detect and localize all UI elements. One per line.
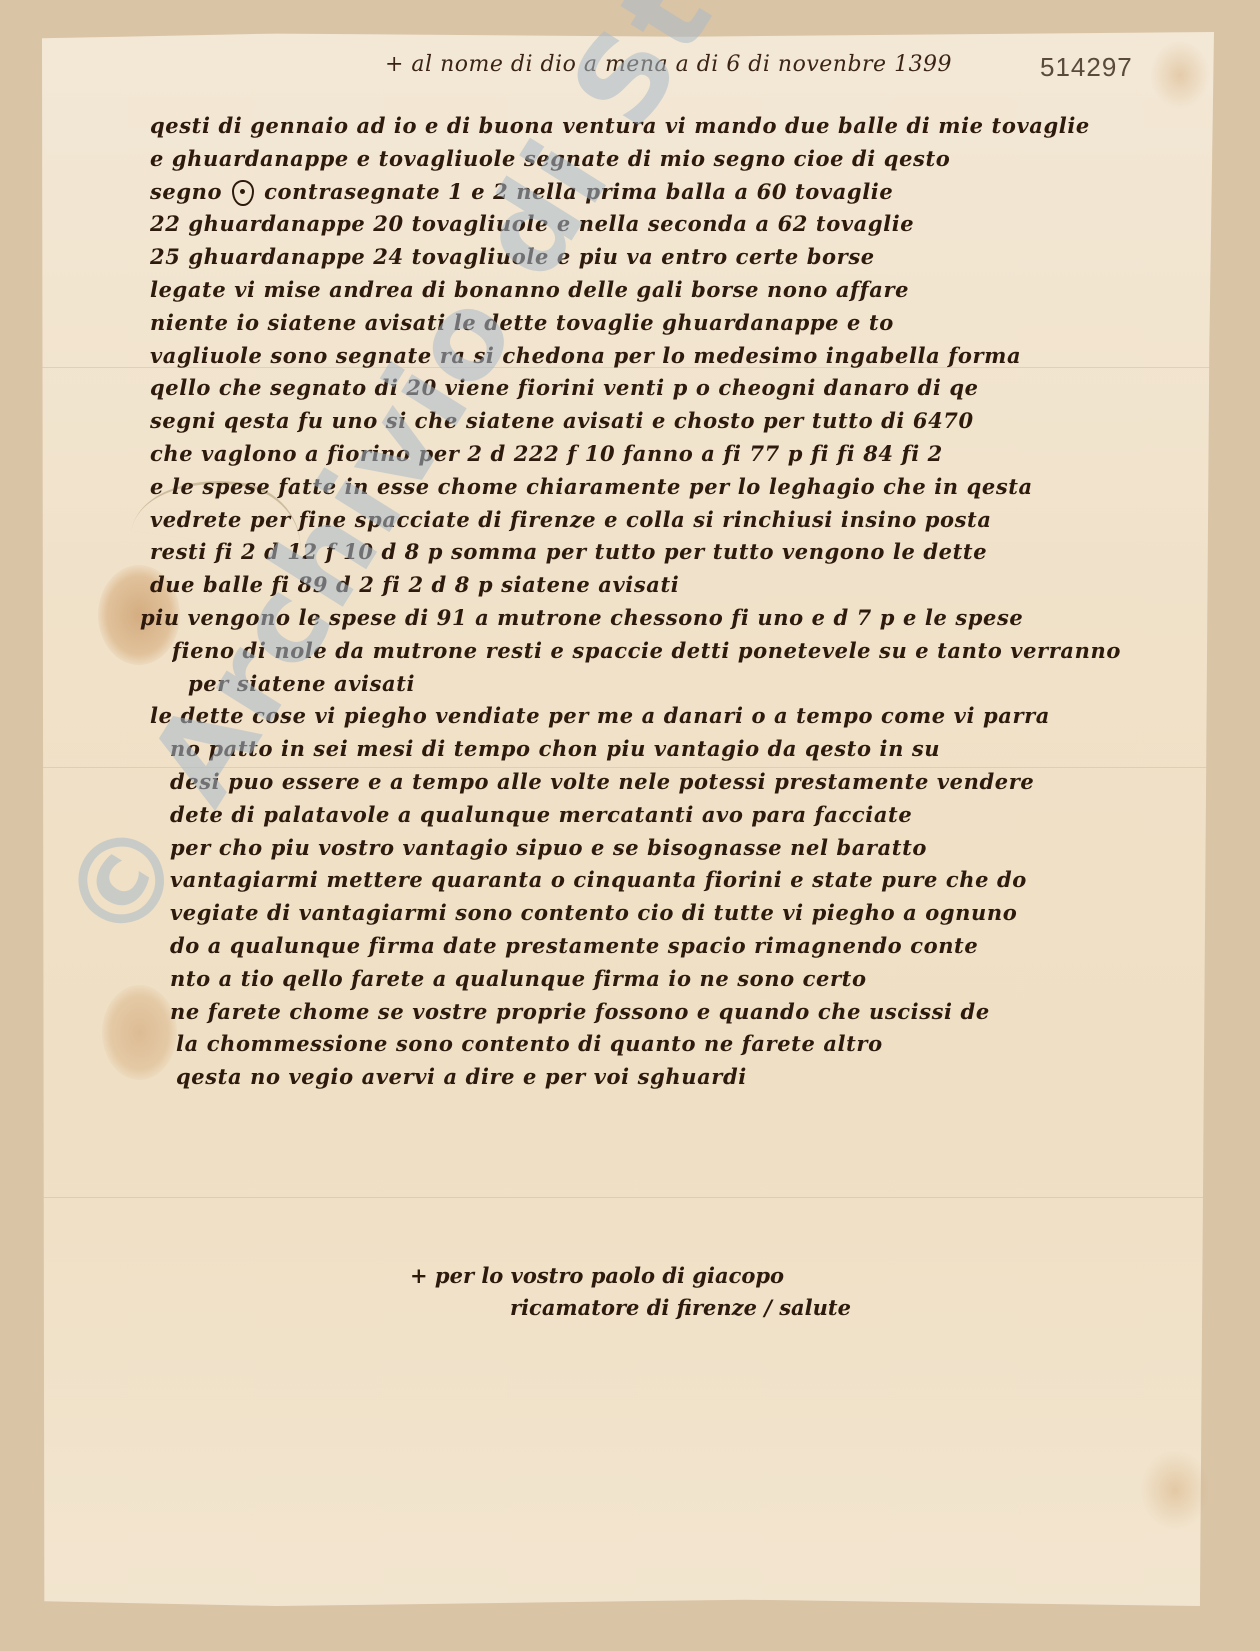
signature-line: + per lo vostro paolo di giacopo xyxy=(410,1260,851,1292)
edge-stain xyxy=(1150,40,1210,110)
text-line: nto a tio qello farete a qualunque firma… xyxy=(170,963,1160,996)
text-line: vegiate di vantagiarmi sono contento cio… xyxy=(170,897,1160,930)
text-line: segni qesta fu uno si che siatene avisat… xyxy=(150,405,1160,438)
edge-stain xyxy=(1140,1450,1210,1530)
signature-block: + per lo vostro paolo di giacopo ricamat… xyxy=(410,1260,851,1324)
text-line: do a qualunque firma date prestamente sp… xyxy=(170,930,1160,963)
text-line: 25 ghuardanappe 24 tovagliuole e piu va … xyxy=(150,241,1160,274)
merchant-mark-icon xyxy=(232,180,254,206)
archive-number: 514297 xyxy=(1040,52,1133,83)
text-line: per cho piu vostro vantagio sipuo e se b… xyxy=(170,832,1160,865)
text-segment: segno xyxy=(150,179,222,204)
text-line: niente io siatene avisati le dette tovag… xyxy=(150,307,1160,340)
text-line: qello che segnato di 20 viene fiorini ve… xyxy=(150,372,1160,405)
text-line: desi puo essere e a tempo alle volte nel… xyxy=(170,766,1160,799)
text-line: vagliuole sono segnate ra si chedona per… xyxy=(150,340,1160,373)
text-line: la chommessione sono contento di quanto … xyxy=(176,1028,1160,1061)
text-line: legate vi mise andrea di bonanno delle g… xyxy=(150,274,1160,307)
signature-salutation: salute xyxy=(779,1295,851,1320)
text-line: ne farete chome se vostre proprie fosson… xyxy=(170,996,1160,1029)
text-line: 22 ghuardanappe 20 tovagliuole e nella s… xyxy=(150,208,1160,241)
text-line: no patto in sei mesi di tempo chon piu v… xyxy=(170,733,1160,766)
fold-line xyxy=(42,1197,1214,1198)
signature-line: ricamatore di firenze / salute xyxy=(510,1292,851,1324)
signature-text: ricamatore di firenze xyxy=(510,1295,757,1320)
text-line: qesta no vegio avervi a dire e per voi s… xyxy=(176,1061,1160,1094)
text-line: vantagiarmi mettere quaranta o cinquanta… xyxy=(170,864,1160,897)
text-line: segnocontrasegnate 1 e 2 nella prima bal… xyxy=(150,176,1160,209)
text-line: dete di palatavole a qualunque mercatant… xyxy=(170,799,1160,832)
